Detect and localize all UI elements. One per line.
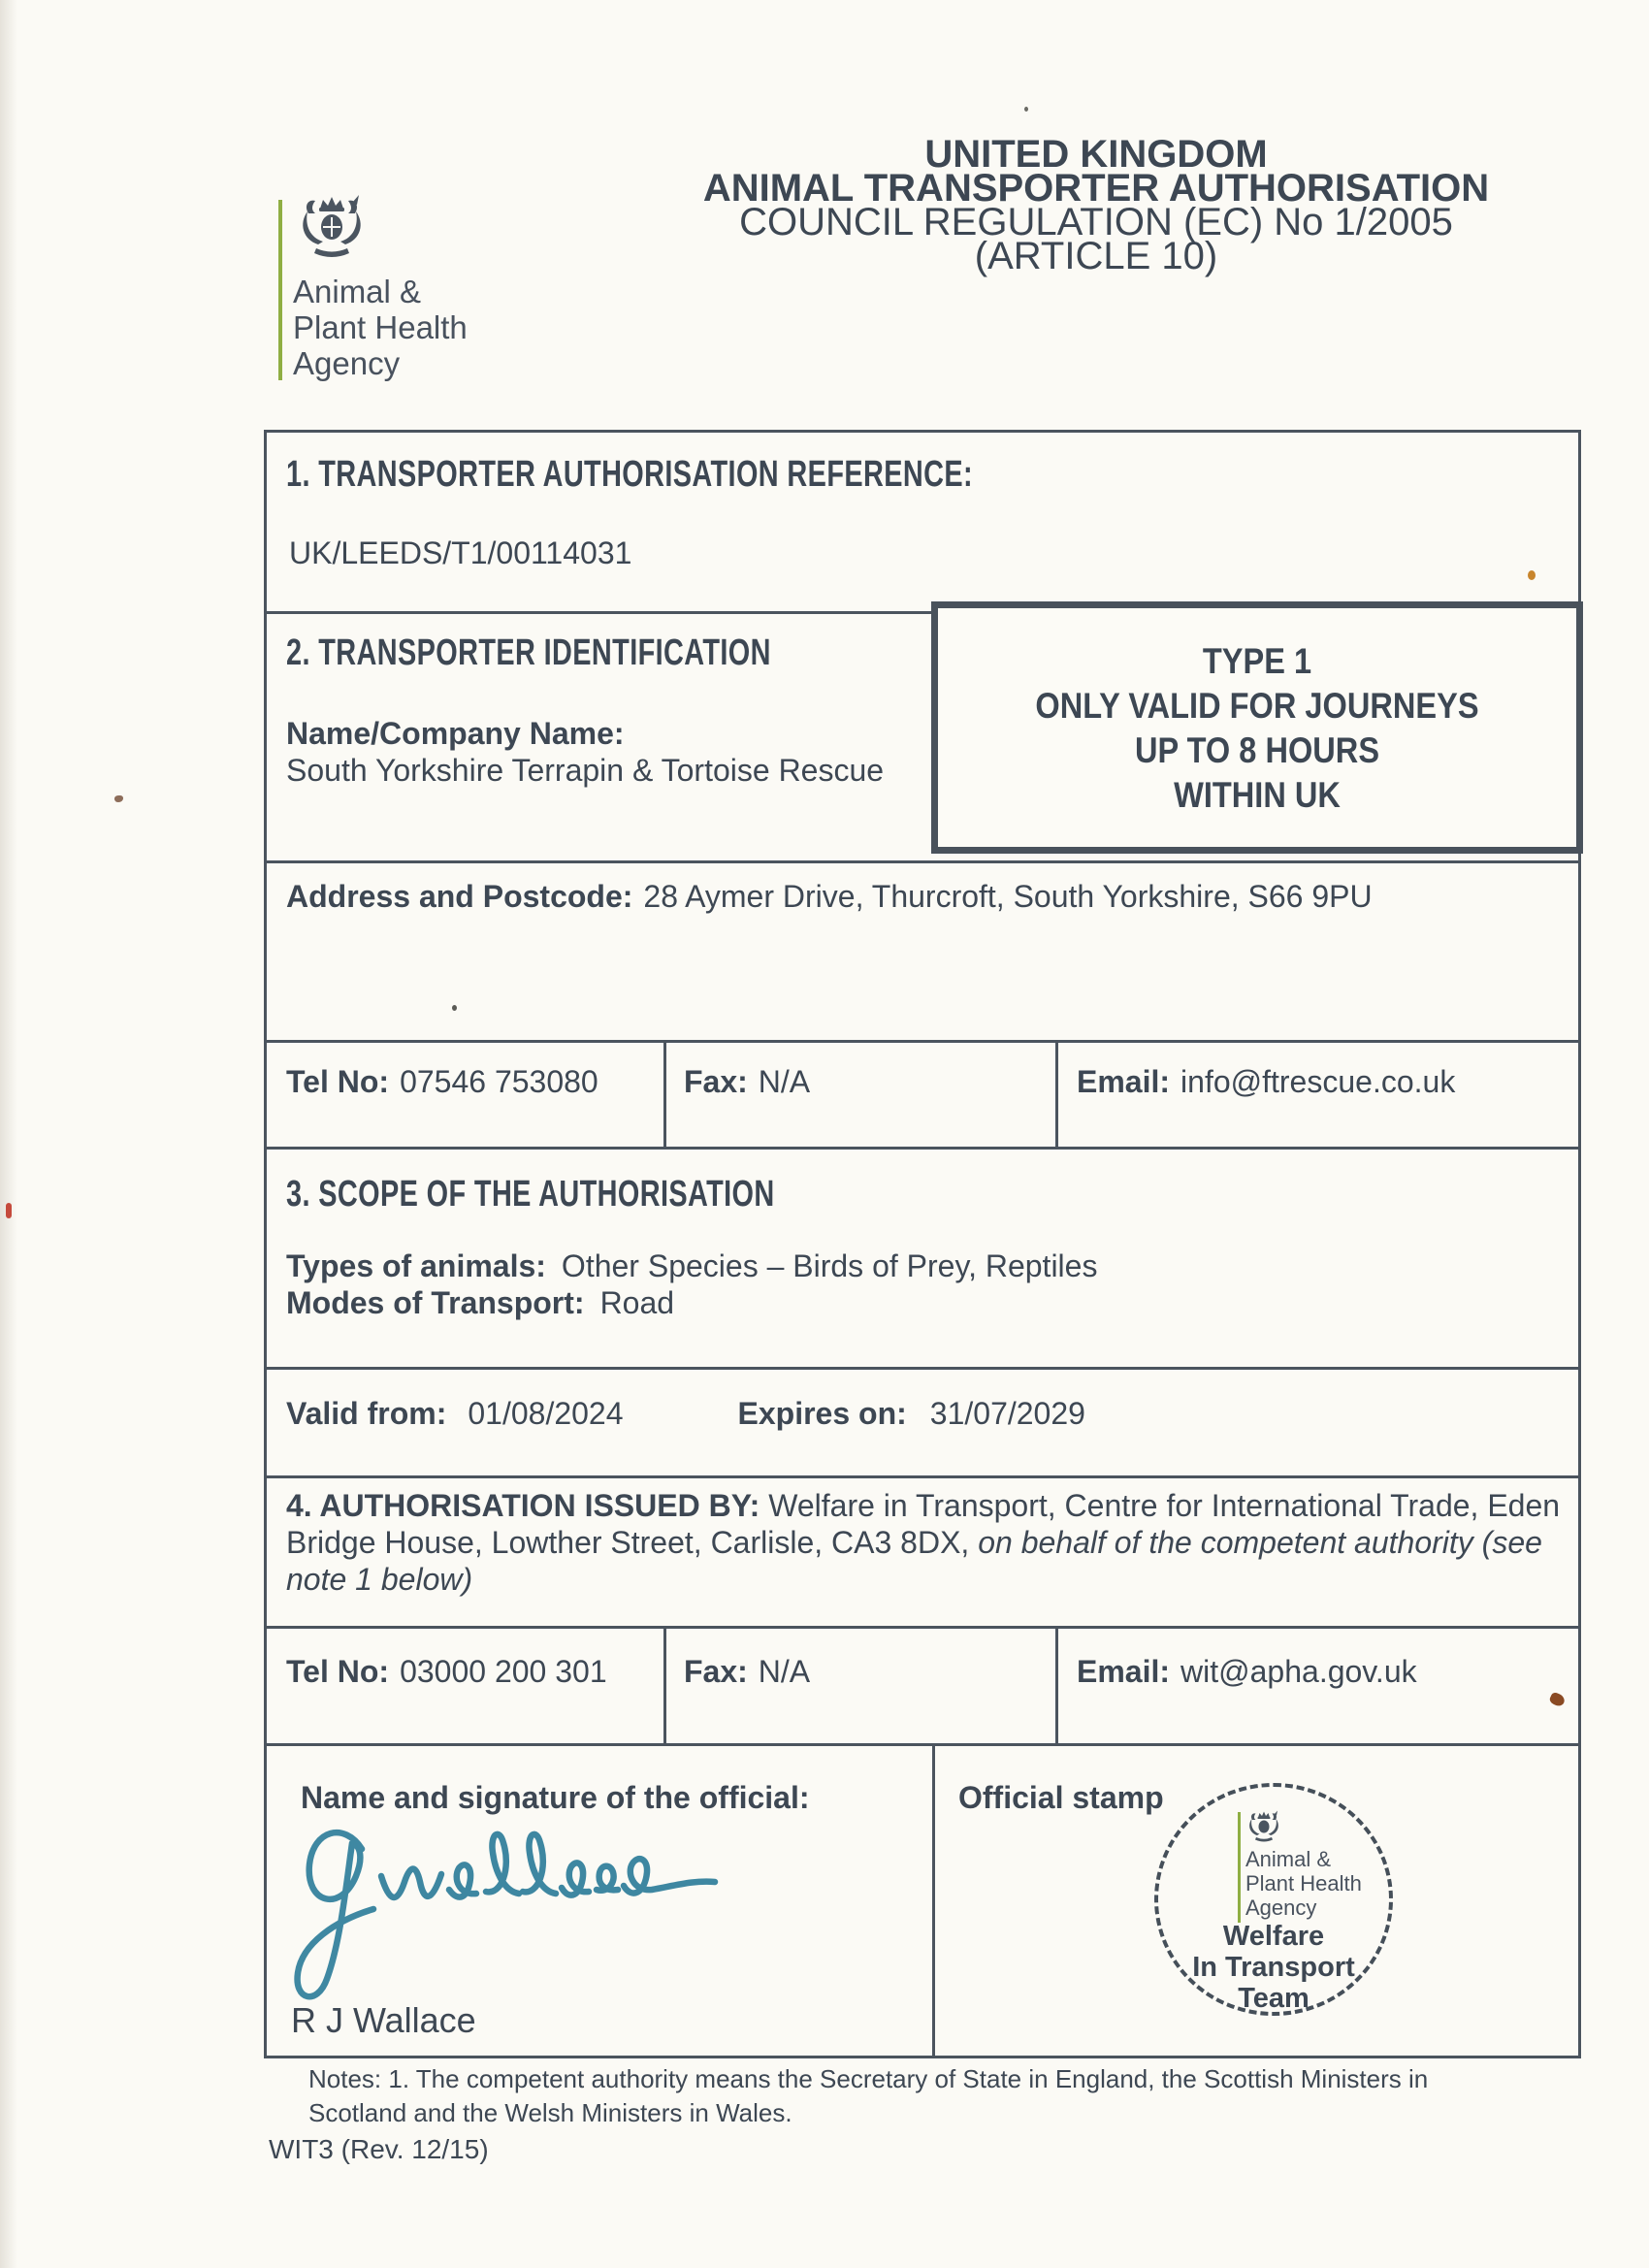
scan-speck — [6, 1203, 12, 1218]
scan-speck — [452, 1005, 457, 1011]
section4-heading: 4. AUTHORISATION ISSUED BY: — [286, 1488, 760, 1523]
tel-value: 03000 200 301 — [400, 1654, 607, 1689]
email-value: wit@apha.gov.uk — [1180, 1654, 1417, 1689]
stamp-team-name: Welfare In Transport Team — [1158, 1921, 1389, 2014]
stamp-team-line: Team — [1158, 1983, 1389, 2014]
tel-label: Tel No: — [286, 1064, 389, 1099]
signature — [276, 1816, 761, 2025]
issuer-fax: Fax:N/A — [684, 1653, 810, 1690]
transporter-tel: Tel No:07546 753080 — [286, 1063, 598, 1100]
logo-line: Animal & — [293, 274, 468, 309]
logo-line: Plant Health — [293, 309, 468, 345]
address-value: 28 Aymer Drive, Thurcroft, South Yorkshi… — [643, 879, 1372, 914]
fax-label: Fax: — [684, 1654, 748, 1689]
official-name: R J Wallace — [291, 2000, 476, 2041]
expires-on-value: 31/07/2029 — [930, 1396, 1085, 1431]
fax-label: Fax: — [684, 1064, 748, 1099]
type1-line: UP TO 8 HOURS — [976, 729, 1537, 773]
notes-text: Notes: 1. The competent authority means … — [308, 2062, 1511, 2130]
section1-heading: 1. TRANSPORTER AUTHORISATION REFERENCE: — [286, 454, 973, 496]
stamp-agency-line: Plant Health — [1245, 1871, 1362, 1895]
stamp-royal-crest-icon — [1244, 1810, 1284, 1845]
valid-from-label: Valid from: — [286, 1396, 446, 1431]
logo-agency-name: Animal & Plant Health Agency — [293, 274, 468, 381]
logo-line: Agency — [293, 345, 468, 381]
transport-modes-label: Modes of Transport: — [286, 1285, 585, 1320]
title-article: (ARTICLE 10) — [592, 240, 1600, 274]
issuer-email: Email:wit@apha.gov.uk — [1077, 1653, 1417, 1690]
transporter-fax: Fax:N/A — [684, 1063, 810, 1100]
stamp-team-line: Welfare — [1158, 1921, 1389, 1952]
scan-speck — [1528, 570, 1536, 580]
divider-fax-email-1 — [1055, 1040, 1058, 1150]
authorisation-reference-value: UK/LEEDS/T1/00114031 — [289, 535, 631, 571]
transport-modes-line: Modes of Transport:Road — [286, 1284, 674, 1321]
scan-speck — [1024, 107, 1028, 112]
expires-on-label: Expires on: — [738, 1396, 907, 1431]
type1-line: TYPE 1 — [976, 639, 1537, 684]
company-name-value: South Yorkshire Terrapin & Tortoise Resc… — [286, 752, 884, 789]
type1-line: WITHIN UK — [976, 773, 1537, 818]
fax-value: N/A — [759, 1654, 810, 1689]
divider-fax-email-2 — [1055, 1626, 1058, 1746]
divider-signature-stamp — [932, 1743, 935, 2058]
issuer-tel: Tel No:03000 200 301 — [286, 1653, 607, 1690]
fax-value: N/A — [759, 1064, 810, 1099]
animal-types-line: Types of animals:Other Species – Birds o… — [286, 1247, 1097, 1284]
divider-tel-fax-1 — [663, 1040, 666, 1150]
logo-green-bar — [278, 200, 282, 380]
form-code: WIT3 (Rev. 12/15) — [269, 2134, 489, 2165]
type1-validity-box: TYPE 1 ONLY VALID FOR JOURNEYS UP TO 8 H… — [931, 601, 1583, 854]
divider-tel-fax-2 — [663, 1626, 666, 1746]
tel-value: 07546 753080 — [400, 1064, 598, 1099]
section3-heading: 3. SCOPE OF THE AUTHORISATION — [286, 1174, 775, 1215]
animal-types-value: Other Species – Birds of Prey, Reptiles — [562, 1248, 1098, 1283]
address-label: Address and Postcode: — [286, 879, 632, 914]
email-label: Email: — [1077, 1064, 1170, 1099]
type1-line: ONLY VALID FOR JOURNEYS — [976, 684, 1537, 729]
stamp-agency-line: Agency — [1245, 1895, 1362, 1920]
royal-crest-icon — [291, 194, 372, 264]
scanned-document: Animal & Plant Health Agency UNITED KING… — [0, 0, 1649, 2268]
validity-line: Valid from:01/08/2024Expires on:31/07/20… — [286, 1395, 1085, 1432]
email-value: info@ftrescue.co.uk — [1180, 1064, 1455, 1099]
valid-from-value: 01/08/2024 — [468, 1396, 623, 1431]
animal-types-label: Types of animals: — [286, 1248, 546, 1283]
issued-by-paragraph: 4. AUTHORISATION ISSUED BY: Welfare in T… — [286, 1487, 1568, 1598]
stamp-team-line: In Transport — [1158, 1952, 1389, 1983]
transporter-email: Email:info@ftrescue.co.uk — [1077, 1063, 1455, 1100]
tel-label: Tel No: — [286, 1654, 389, 1689]
transport-modes-value: Road — [600, 1285, 675, 1320]
document-title: UNITED KINGDOM ANIMAL TRANSPORTER AUTHOR… — [592, 138, 1600, 274]
stamp-logo-green-bar — [1238, 1812, 1241, 1923]
scan-speck — [114, 795, 123, 802]
company-name-label: Name/Company Name: — [286, 715, 625, 752]
official-stamp: Animal & Plant Health Agency Welfare In … — [1154, 1783, 1393, 2016]
signature-label: Name and signature of the official: — [301, 1779, 810, 1816]
section2-heading: 2. TRANSPORTER IDENTIFICATION — [286, 632, 771, 674]
address-line: Address and Postcode:28 Aymer Drive, Thu… — [286, 878, 1373, 915]
email-label: Email: — [1077, 1654, 1170, 1689]
official-stamp-label: Official stamp — [958, 1779, 1164, 1816]
stamp-agency-line: Animal & — [1245, 1847, 1362, 1871]
stamp-agency-name: Animal & Plant Health Agency — [1245, 1847, 1362, 1920]
